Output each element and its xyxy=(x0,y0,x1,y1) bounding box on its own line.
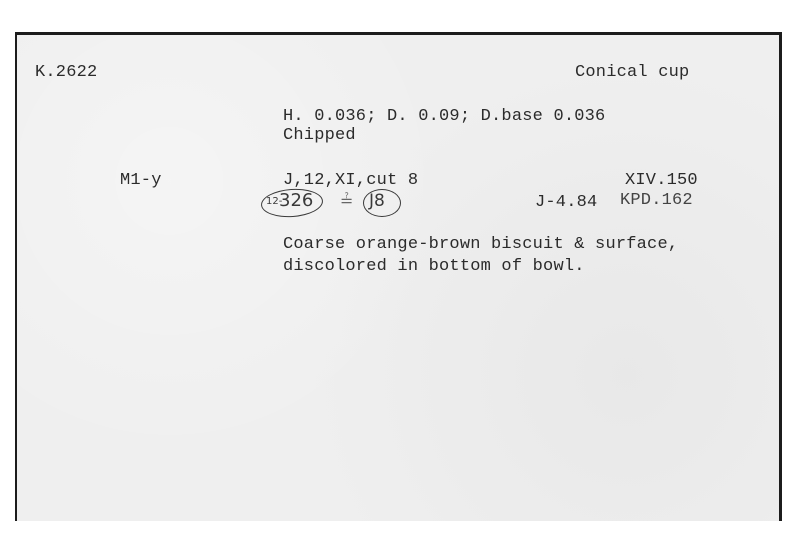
description-line-1: Coarse orange-brown biscuit & surface, xyxy=(283,235,678,255)
object-type: Conical cup xyxy=(575,63,689,83)
handwritten-number: 326 xyxy=(279,190,313,211)
dimensions: H. 0.036; D. 0.09; D.base 0.036 xyxy=(283,107,605,127)
handwritten-equals: ≟ xyxy=(340,191,353,210)
handwritten-circled-ref: J8 xyxy=(369,191,385,211)
publication-ref: KPD.162 xyxy=(620,191,693,211)
index-card: K.2622 Conical cup H. 0.036; D. 0.09; D.… xyxy=(15,32,782,521)
description-line-2: discolored in bottom of bowl. xyxy=(283,257,585,277)
condition: Chipped xyxy=(283,126,356,146)
find-location: J,12,XI,cut 8 xyxy=(283,171,418,191)
volume-ref: XIV.150 xyxy=(625,171,698,191)
catalog-number: K.2622 xyxy=(35,63,97,83)
photo-ref: J-4.84 xyxy=(535,193,597,213)
context-code: M1-y xyxy=(120,171,162,191)
